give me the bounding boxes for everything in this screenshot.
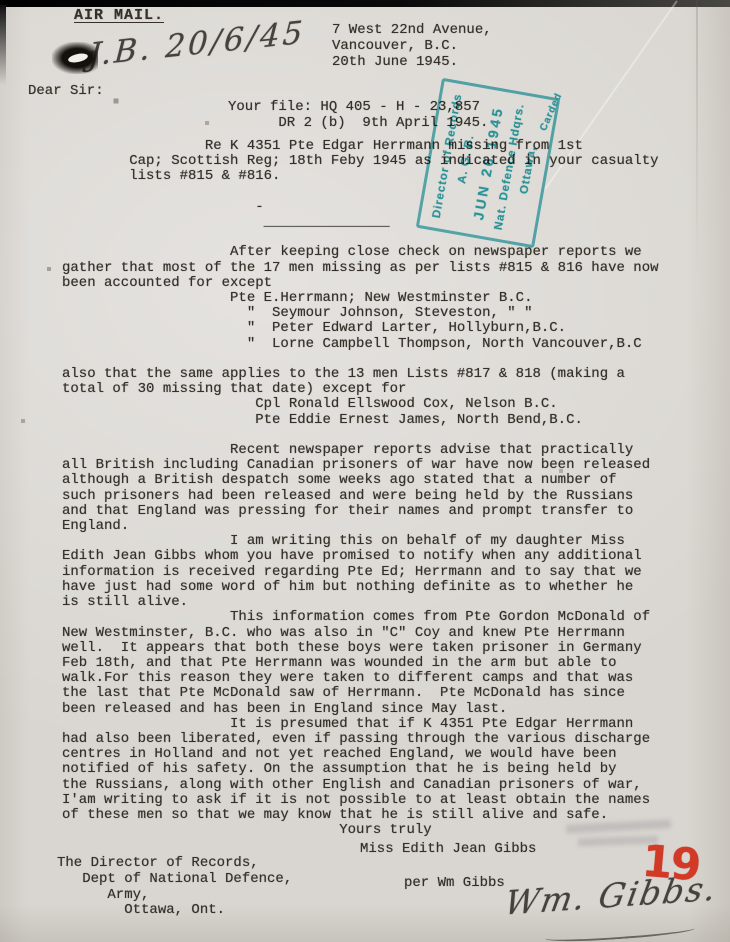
signature-underline-flourish	[545, 923, 695, 942]
letter-body: Re K 4351 Pte Edgar Herrmann missing fro…	[0, 139, 659, 838]
stamp-carded-note: Carded	[538, 92, 565, 133]
scanned-letter-page: AIR MAIL. J.B. 20/6/45 7 West 22nd Avenu…	[0, 0, 730, 942]
airmail-label: AIR MAIL.	[74, 8, 164, 23]
paper-specks	[0, 0, 2, 2]
typed-signature: Miss Edith Jean Gibbs	[360, 842, 536, 857]
stamp-office-line: Director of Records	[430, 93, 464, 220]
paper-crease	[696, 0, 698, 270]
stamp-branch-line: A. G. B.	[456, 134, 476, 185]
scan-top-edge	[0, 0, 730, 7]
recipient-address: The Director of Records, Dept of Nationa…	[57, 856, 292, 919]
salutation: Dear Sir:	[28, 84, 104, 99]
sender-address: 7 West 22nd Avenue, Vancouver, B.C. 20th…	[332, 22, 492, 70]
scan-left-edge	[0, 5, 6, 85]
red-page-number: 19	[640, 836, 701, 892]
stamp-city-line: Ottawa,	[519, 145, 539, 195]
per-signature-line: per Wm Gibbs	[404, 876, 505, 891]
